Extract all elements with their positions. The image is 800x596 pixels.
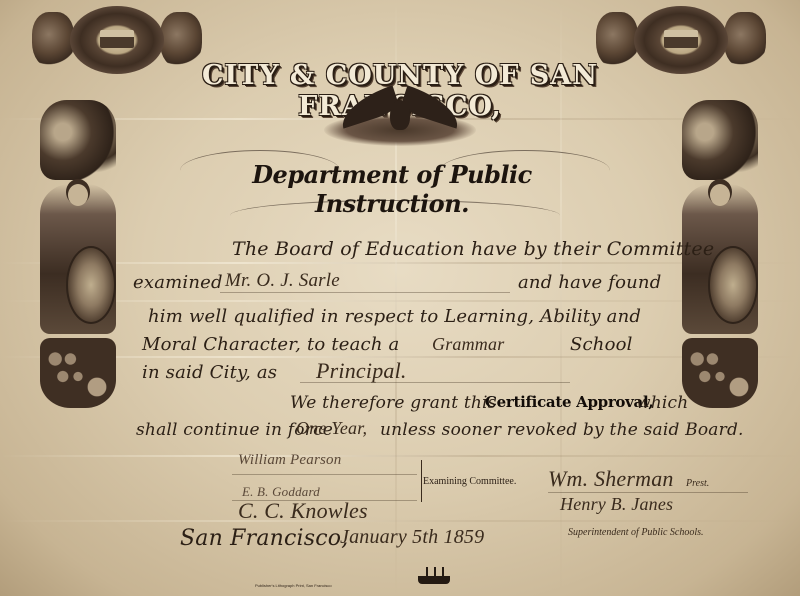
president-signature: Wm. Sherman [548,466,674,492]
body-line-3: him well qualified in respect to Learnin… [148,306,641,327]
committee-brace [421,460,422,502]
body-line-4-prefix: Moral Character, to teach a [142,334,400,355]
certificate-page: CITY & COUNTY OF SAN FRANCISCO, Departme… [0,0,800,596]
body-line-5-prefix: in said City, as [142,362,277,383]
place: San Francisco, [180,526,348,551]
body-line-2-prefix: examined [133,272,223,293]
lithographer-imprint: Publisher's Lithograph Print, San Franci… [255,583,332,588]
paper-crease [0,262,800,264]
superintendent-title: Superintendent of Public Schools. [568,527,704,538]
validity-duration: One Year, [296,418,367,439]
paper-crease [0,520,800,522]
fill-line [300,382,570,383]
committee-signature-3: C. C. Knowles [238,498,368,524]
eagle-emblem-icon [320,90,480,150]
president-title: Prest. [686,478,709,489]
department-heading: Department of Public Instruction. [222,160,562,218]
left-allegory-panel [40,100,116,408]
issue-date: January 5th 1859 [340,526,484,549]
harbor-cameo-illustration [708,246,758,324]
body-line-7-suffix: unless sooner revoked by the said Board. [380,420,744,440]
steamship-vignette-icon [100,30,134,48]
signature-line [548,492,748,493]
paper-crease [0,300,800,302]
sailing-ship-vignette-icon [414,567,454,585]
paper-crease [0,455,800,457]
body-line-4-suffix: School [570,334,633,355]
body-line-6-suffix: which [636,393,688,413]
acanthus-leaf-ornament [682,100,758,180]
committee-signature-1: William Pearson [238,452,341,469]
body-line-1: The Board of Education have by their Com… [232,238,714,260]
superintendent-signature: Henry B. Janes [560,494,673,515]
position-title: Principal. [316,358,407,384]
school-type: Grammar [432,334,504,355]
fill-line [220,292,510,293]
acanthus-leaf-ornament [40,100,116,180]
signature-line [232,474,417,475]
examinee-name: Mr. O. J. Sarle [225,270,340,292]
steamship-vignette-icon [664,30,698,48]
body-line-2-suffix: and have found [518,272,661,293]
grapes-fruit-ornament [40,338,116,408]
harbor-cameo-illustration [66,246,116,324]
body-line-6-prefix: We therefore grant this [290,393,497,413]
allegorical-figure-illustration [40,184,116,334]
examining-committee-label: Examining Committee. [423,476,516,487]
grapes-fruit-ornament [682,338,758,408]
